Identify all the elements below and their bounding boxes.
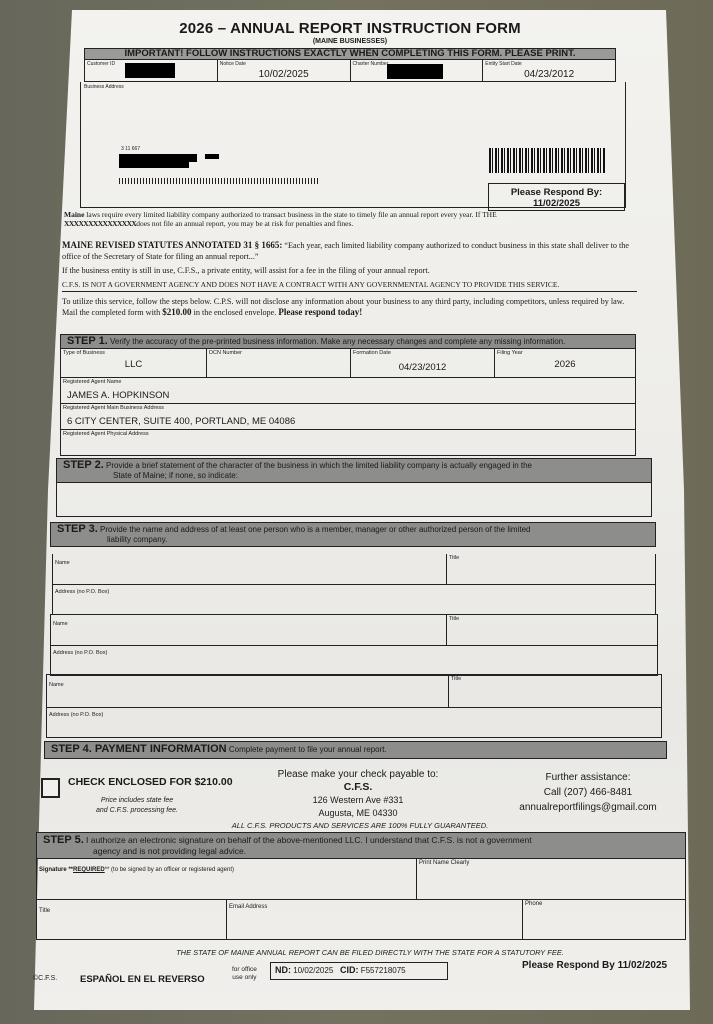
office-use-box: ND: 10/02/2025 CID: F557218075: [270, 962, 448, 980]
person-1: Name Title Address (no P.O. Box): [52, 554, 656, 615]
notice-date-label: Notice Date: [220, 61, 246, 67]
step5-text-cont: agency and is not providing legal advice…: [43, 846, 679, 856]
copyright: ©C.F.S.: [33, 975, 57, 982]
barcode: [489, 148, 605, 173]
signature-label-text: Signature **: [39, 867, 73, 873]
person-name-label: Name: [55, 560, 70, 566]
charter-number-field[interactable]: Charter Number: [351, 60, 484, 81]
step3-label: STEP 3.: [57, 523, 98, 535]
person-address-field[interactable]: Address (no P.O. Box): [51, 646, 657, 675]
payable-to-label: Please make your check payable to:: [258, 768, 458, 781]
statute-disclaimer: C.F.S. IS NOT A GOVERNMENT AGENCY AND DO…: [62, 279, 637, 292]
agent-name-label: Registered Agent Name: [63, 379, 121, 385]
guarantee-note: ALL C.F.S. PRODUCTS AND SERVICES ARE 100…: [200, 821, 520, 830]
person-address-field[interactable]: Address (no P.O. Box): [47, 708, 661, 737]
type-of-business-field[interactable]: Type of Business LLC: [61, 349, 207, 377]
formation-date-label: Formation Date: [353, 350, 391, 356]
state-filing-note: THE STATE OF MAINE ANNUAL REPORT CAN BE …: [110, 948, 630, 957]
person-3: Name Title Address (no P.O. Box): [46, 674, 662, 738]
step5-text: I authorize an electronic signature on b…: [86, 835, 532, 845]
step3-text-cont: liability company.: [57, 535, 651, 545]
person-address-field[interactable]: Address (no P.O. Box): [53, 585, 655, 614]
signature-field[interactable]: Signature **REQUIRED** (to be signed by …: [37, 859, 417, 899]
signature-label: Signature **REQUIRED** (to be signed by …: [39, 867, 234, 873]
agent-physical-address-label: Registered Agent Physical Address: [63, 431, 149, 437]
notice-date-value: 10/02/2025: [218, 69, 350, 80]
step5-grid: Signature **REQUIRED** (to be signed by …: [36, 859, 686, 940]
title-label: Title: [39, 908, 50, 914]
step5-section: STEP 5. I authorize an electronic signat…: [36, 832, 686, 940]
cid-label: CID:: [340, 965, 359, 975]
business-address-label: Business Address: [84, 84, 124, 90]
respond-by-label: Please Respond By:: [489, 187, 624, 198]
payable-to-block: Please make your check payable to: C.F.S…: [258, 768, 458, 820]
person-title-field[interactable]: Title: [447, 615, 657, 645]
step1-label: STEP 1.: [67, 335, 108, 347]
respond-by-box: Please Respond By: 11/02/2025: [488, 183, 625, 211]
person-name-field[interactable]: Name: [47, 675, 449, 707]
person-2: Name Title Address (no P.O. Box): [50, 614, 658, 676]
formation-date-value: 04/23/2012: [351, 362, 494, 373]
statute-respond-today: Please respond today!: [278, 307, 362, 317]
header-fields-row: Customer ID Notice Date 10/02/2025 Chart…: [84, 60, 616, 82]
type-of-business-label: Type of Business: [63, 350, 105, 356]
person-name-label: Name: [49, 682, 64, 688]
step4-text: Complete payment to file your annual rep…: [229, 745, 387, 754]
step2-text-cont: State of Maine; if none, so indicate:: [63, 471, 647, 481]
step3-section: STEP 3. Provide the name and address of …: [50, 522, 656, 547]
filing-year-field[interactable]: Filing Year 2026: [495, 349, 635, 377]
sort-code: 3 11 667: [121, 146, 140, 152]
print-name-field[interactable]: Print Name Clearly: [417, 859, 685, 899]
entity-start-date-field[interactable]: Entity Start Date 04/23/2012: [483, 60, 615, 81]
person-name-field[interactable]: Name: [51, 615, 447, 645]
redaction-block: [119, 154, 197, 162]
customer-id-field[interactable]: Customer ID: [85, 60, 218, 81]
law-notice-state: Maine: [64, 210, 84, 219]
agent-main-address-label: Registered Agent Main Business Address: [63, 405, 164, 411]
nd-value: 10/02/2025: [293, 966, 333, 975]
print-name-label: Print Name Clearly: [419, 860, 469, 866]
phone-field[interactable]: Phone: [523, 900, 685, 939]
filing-year-value: 2026: [495, 359, 635, 370]
step2-section: STEP 2. Provide a brief statement of the…: [56, 458, 652, 517]
agent-name-field[interactable]: Registered Agent Name JAMES A. HOPKINSON: [61, 378, 635, 403]
redaction-block: [119, 162, 189, 168]
respond-by-date: 11/02/2025: [489, 198, 624, 209]
person-title-field[interactable]: Title: [447, 554, 655, 584]
redaction-block: [387, 64, 443, 79]
office-use-line1: for office: [232, 966, 257, 974]
law-notice-line2: does not file an annual report, you may …: [136, 219, 353, 228]
spanish-reverse-note: ESPAÑOL EN EL REVERSO: [80, 974, 205, 985]
law-notice: Maine laws require every limited liabili…: [64, 210, 634, 228]
email-label: Email Address: [229, 904, 267, 910]
check-enclosed-label: CHECK ENCLOSED FOR $210.00: [68, 776, 233, 788]
step2-header: STEP 2. Provide a brief statement of the…: [56, 458, 652, 483]
filing-year-label: Filing Year: [497, 350, 523, 356]
price-note: Price includes state fee and C.F.S. proc…: [82, 796, 192, 816]
formation-date-field[interactable]: Formation Date 04/23/2012: [351, 349, 495, 377]
redaction-block: [205, 154, 219, 159]
assistance-label: Further assistance:: [508, 770, 668, 785]
office-use-label: for office use only: [232, 966, 257, 982]
person-name-field[interactable]: Name: [53, 554, 447, 584]
type-of-business-value: LLC: [61, 359, 206, 370]
person-title-label: Title: [449, 555, 459, 561]
price-note-line1: Price includes state fee: [82, 796, 192, 806]
dcn-number-label: DCN Number: [209, 350, 242, 356]
check-enclosed-checkbox[interactable]: [41, 778, 60, 798]
step4-label: STEP 4. PAYMENT INFORMATION: [51, 743, 227, 755]
form-title: 2026 – ANNUAL REPORT INSTRUCTION FORM: [130, 20, 570, 37]
office-use-line2: use only: [232, 974, 257, 982]
step1-grid: Type of Business LLC DCN Number Formatio…: [60, 349, 636, 456]
important-banner: IMPORTANT! FOLLOW INSTRUCTIONS EXACTLY W…: [84, 48, 616, 60]
statute-heading: MAINE REVISED STATUTES ANNOTATED 31 § 16…: [62, 240, 282, 250]
step1-header: STEP 1. Verify the accuracy of the pre-p…: [60, 334, 636, 349]
step2-label: STEP 2.: [63, 459, 104, 471]
signature-note: ** (to be signed by an officer or regist…: [105, 867, 234, 873]
step3-text: Provide the name and address of at least…: [100, 525, 530, 534]
step2-text: Provide a brief statement of the charact…: [106, 461, 532, 470]
person-title-label: Title: [449, 616, 459, 622]
law-notice-redacted: XXXXXXXXXXXXXXX: [64, 219, 136, 228]
step1-text: Verify the accuracy of the pre-printed b…: [110, 337, 565, 346]
respond-by-footer: Please Respond By 11/02/2025: [522, 960, 667, 971]
form-subtitle: (MAINE BUSINESSES): [230, 38, 470, 45]
payee-address-line1: 126 Western Ave #331: [258, 794, 458, 807]
business-statement-field[interactable]: [56, 483, 652, 517]
agent-main-address-value: 6 CITY CENTER, SUITE 400, PORTLAND, ME 0…: [67, 416, 635, 427]
redaction-block: [125, 63, 175, 78]
entity-start-date-value: 04/23/2012: [483, 69, 615, 80]
assistance-block: Further assistance: Call (207) 466-8481 …: [508, 770, 668, 815]
step4-header: STEP 4. PAYMENT INFORMATION Complete pay…: [44, 741, 667, 759]
signature-required: REQUIRED: [73, 867, 105, 873]
statute-section: MAINE REVISED STATUTES ANNOTATED 31 § 16…: [62, 240, 637, 321]
step1-section: STEP 1. Verify the accuracy of the pre-p…: [60, 334, 636, 456]
person-address-label: Address (no P.O. Box): [53, 650, 107, 656]
person-address-label: Address (no P.O. Box): [49, 712, 103, 718]
person-name-label: Name: [53, 621, 68, 627]
title-field[interactable]: Title: [37, 900, 227, 939]
cid-value: F557218075: [361, 966, 406, 975]
statute-amount: $210.00: [162, 307, 191, 317]
law-notice-line1: laws require every limited liability com…: [84, 210, 496, 219]
statute-instructions-end: in the enclosed envelope.: [192, 308, 279, 317]
step5-label: STEP 5.: [43, 834, 84, 846]
person-title-field[interactable]: Title: [449, 675, 661, 707]
dcn-number-field[interactable]: DCN Number: [207, 349, 351, 377]
charter-number-label: Charter Number: [353, 61, 389, 67]
assistance-email[interactable]: annualreportfilings@gmail.com: [508, 800, 668, 815]
agent-physical-address-field[interactable]: Registered Agent Physical Address: [61, 430, 635, 455]
agent-name-value: JAMES A. HOPKINSON: [67, 390, 635, 401]
postal-barcode: [119, 178, 319, 184]
agent-main-address-field[interactable]: Registered Agent Main Business Address 6…: [61, 404, 635, 429]
nd-label: ND:: [275, 965, 291, 975]
person-title-label: Title: [451, 676, 461, 682]
step3-header: STEP 3. Provide the name and address of …: [50, 522, 656, 547]
assistance-phone[interactable]: Call (207) 466-8481: [508, 785, 668, 800]
price-note-line2: and C.F.S. processing fee.: [82, 806, 192, 816]
notice-date-field[interactable]: Notice Date 10/02/2025: [218, 60, 351, 81]
person-address-label: Address (no P.O. Box): [55, 589, 109, 595]
customer-id-label: Customer ID: [87, 61, 115, 67]
phone-label: Phone: [525, 901, 542, 907]
payee-address-line2: Augusta, ME 04330: [258, 807, 458, 820]
email-field[interactable]: Email Address: [227, 900, 523, 939]
payee-name: C.F.S.: [344, 781, 373, 793]
step5-header: STEP 5. I authorize an electronic signat…: [36, 832, 686, 859]
entity-start-date-label: Entity Start Date: [485, 61, 521, 67]
statute-assist: If the business entity is still in use, …: [62, 265, 637, 276]
